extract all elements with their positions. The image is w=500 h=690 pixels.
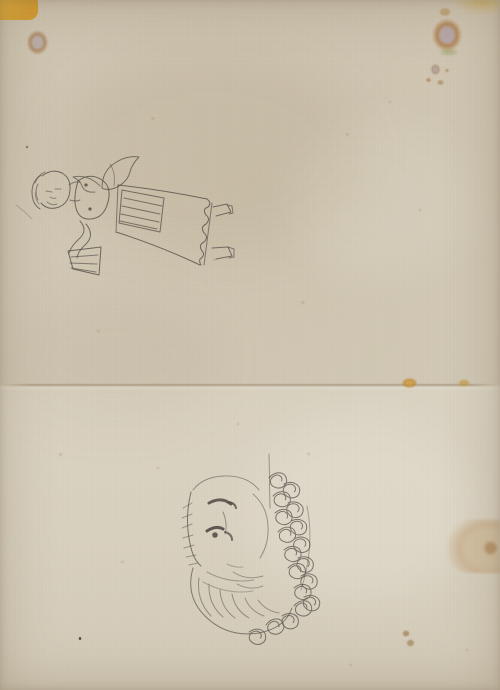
foxing-dot (58, 452, 63, 457)
figure-bodice (75, 176, 109, 219)
fold-crease (0, 384, 500, 386)
figure-hair (35, 172, 45, 183)
skirt-stripe (121, 214, 159, 222)
bottom-center-spot (401, 629, 411, 638)
foxing-dot (345, 132, 350, 137)
wig-outer-contour (301, 506, 310, 590)
foxing-dot (236, 422, 240, 426)
laid-paper-texture (0, 0, 500, 690)
foxing-dot (465, 648, 469, 652)
figure-skirt (116, 185, 118, 232)
figure-shawl (102, 157, 139, 190)
small-fleck (25, 145, 29, 149)
foxing-dot (212, 258, 217, 262)
sleeve-stripe (71, 255, 98, 257)
paper-tone-patch (290, 120, 470, 280)
head-top-outline (193, 476, 259, 490)
green-tinge-stain (437, 47, 461, 57)
edge-vignette (0, 0, 500, 690)
bottom-center-spot (405, 638, 416, 648)
bodice-button (88, 207, 91, 210)
figure-skirt (116, 232, 200, 265)
bodice-button (84, 183, 87, 186)
skirt-stripe (120, 221, 157, 229)
paper-tone-patch (55, 55, 365, 255)
skirt-stripe (122, 206, 160, 214)
head-left-contour (188, 492, 202, 566)
foxing-dot (418, 208, 422, 212)
face-right-contour (253, 494, 268, 558)
standing-figure-sketch (14, 148, 239, 293)
hair-dome-hatching (199, 572, 280, 618)
wig-curls (248, 472, 321, 645)
foxing-dot (300, 300, 306, 305)
tape-residue-stain (0, 0, 38, 20)
figure-arm (69, 221, 84, 253)
large-top-right-stain (427, 13, 467, 57)
figure-shawl (73, 176, 100, 192)
hair-dome-outline (191, 568, 292, 634)
mouth-lines (233, 572, 263, 578)
figure-foot (228, 247, 234, 258)
figure-foot (212, 247, 232, 259)
paper-tone-patch (10, 295, 220, 425)
cluster-speck (444, 68, 450, 73)
portrait-head-sketch (163, 446, 328, 651)
figure-hair (32, 175, 41, 209)
fold-crease-highlight (0, 386, 500, 390)
foxing-dot (150, 116, 156, 121)
skirt-scalloped-hem (204, 203, 212, 265)
sleeve-stripe (71, 268, 96, 272)
mouth-lines (237, 584, 263, 588)
stain-tail (437, 6, 453, 18)
figure-hair (36, 184, 38, 200)
right-edge-stain (437, 519, 500, 573)
foxing-dot (306, 452, 311, 456)
small-cluster-stain (429, 62, 442, 77)
stray-stroke (16, 205, 32, 219)
mouth-lines (227, 564, 243, 567)
figure-head (41, 171, 70, 208)
skirt-scalloped-hem (200, 199, 210, 265)
eye-mark (212, 532, 218, 538)
yellow-smudge-stain (456, 0, 500, 15)
nose-line (223, 512, 226, 534)
figure-foot (227, 205, 233, 214)
foxing-dot (388, 100, 392, 104)
eye-mark (225, 532, 232, 540)
cluster-speck (436, 79, 445, 86)
figure-arm (77, 224, 91, 258)
foxing-dot (156, 466, 160, 470)
figure-face (46, 191, 52, 192)
skirt-stripe (124, 198, 162, 206)
foxing-dot (348, 663, 353, 667)
sleeve-stripe (70, 263, 97, 264)
skirt-striped-panel (119, 190, 164, 232)
cluster-speck (425, 77, 432, 83)
right-edge-stain-dark (481, 538, 500, 558)
figure-neck (70, 200, 80, 201)
figure-face (50, 197, 56, 198)
cheek-hatching (182, 503, 198, 565)
ink-blot-stain (23, 26, 52, 59)
figure-hair (35, 192, 39, 204)
dark-speck (78, 636, 82, 641)
aged-paper-sheet (0, 0, 500, 690)
figure-shawl (110, 164, 115, 186)
stray-vertical-stroke (269, 454, 270, 508)
foxing-dot (120, 560, 125, 564)
paper-tone-patch (245, 415, 475, 605)
eye-mark (229, 502, 236, 508)
figure-skirt (118, 185, 207, 199)
eye-mark (207, 527, 223, 531)
eye-mark (209, 500, 231, 504)
figure-foot (213, 204, 231, 216)
figure-face (47, 202, 57, 205)
figure-neck (69, 182, 80, 185)
figure-sleeve (68, 247, 101, 275)
foxing-dot (96, 329, 101, 333)
